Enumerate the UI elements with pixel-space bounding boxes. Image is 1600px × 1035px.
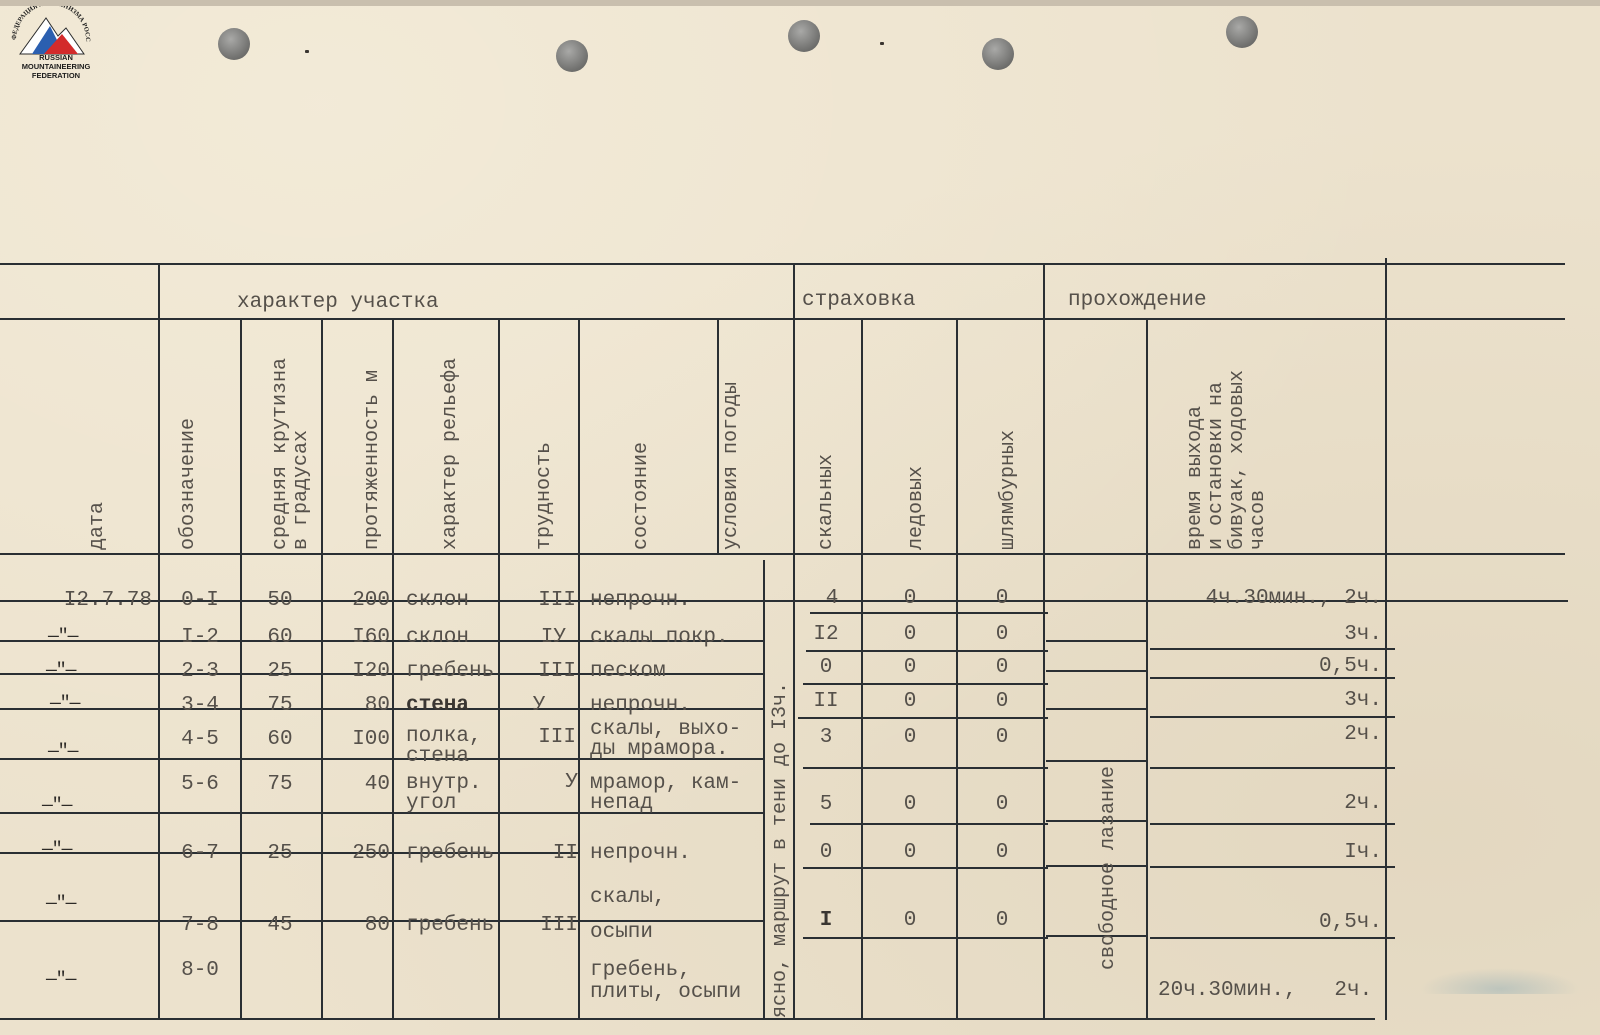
cell-difficulty: У [500,772,578,794]
weather-note: ясно, маршрут в тени до I3ч. [770,682,791,1018]
cell-belay-ice: 0 [870,910,950,932]
cell-condition: непрочн. [590,695,691,717]
paper-speck [305,50,309,53]
cell-designation: 4-5 [160,729,240,751]
cell-belay-rock: 3 [800,727,852,749]
row-rule [1046,640,1146,642]
cell-time: 0,5ч. [1150,656,1382,678]
cell-relief: полка, стена [406,727,482,767]
row-rule [1150,866,1395,868]
cell-condition: мрамор, кам- непад [590,774,741,814]
cell-steepness: 75 [244,774,316,796]
cell-belay-ice: 0 [870,588,950,610]
cell-condition: скалы, осыпи [590,880,666,950]
col-rule [321,318,323,1020]
cell-date-ditto: —"— [42,840,71,860]
col-rule [861,318,863,1020]
cell-designation: 0-I [160,590,240,612]
row-rule [1150,937,1395,939]
scan-edge [0,0,1600,6]
cell-relief: склон [406,590,469,612]
col-header-date: дата [87,502,108,550]
cell-designation: 8-0 [160,960,240,982]
cell-designation: 2-3 [160,661,240,683]
cell-difficulty: IУ [500,627,566,649]
col-header-designation: обозначение [178,418,199,550]
cell-difficulty: III [500,661,576,683]
cell-belay-ice: 0 [870,624,950,646]
col-header-condition: состояние [631,442,652,550]
table-top-rule [0,263,1565,265]
cell-belay-ice: 0 [870,691,950,713]
col-header-difficulty: трудность [534,442,555,550]
cell-date-ditto: —"— [42,796,71,816]
cell-relief: склон [406,627,469,649]
col-rule [1385,258,1387,1020]
ink-stain [1420,968,1580,994]
punch-hole [556,40,588,72]
cell-time: 3ч. [1150,690,1382,712]
rmf-logo: ФЕДЕРАЦИЯ АЛЬПИНИЗМА РОССИИ RUSSIAN MOUN… [6,6,96,84]
passage-method-note: свободное лазание [1098,766,1119,970]
cell-time: 0,5ч. [1150,912,1382,934]
cell-length: I60 [324,627,390,649]
cell-relief: стена [406,695,469,717]
cell-time: 2ч. [1150,793,1382,815]
cell-belay-rock: II [800,691,852,713]
cell-condition: скалы покр. [590,627,729,649]
cell-date-ditto: —"— [46,970,75,990]
col-rule [578,318,580,1020]
row-rule [1150,767,1395,769]
paper-speck [880,42,884,45]
cell-time: 20ч.30мин., 2ч. [1158,980,1372,1002]
cell-belay-bolts: 0 [962,794,1042,816]
row-rule [803,767,1048,769]
cell-relief: внутр. угол [406,774,482,814]
cell-date-ditto: —"— [48,742,77,762]
cell-designation: 3-4 [160,695,240,717]
row-rule [803,867,1048,869]
cell-time: 3ч. [1150,624,1382,646]
cell-length: I00 [324,729,390,751]
row-rule [806,650,1048,652]
col-header-weather: условия погоды [721,382,742,550]
col-rule [763,560,765,1020]
row-rule [1150,648,1395,650]
cell-time: 2ч. [1150,724,1382,746]
row-rule [1046,708,1146,710]
cell-difficulty: III [500,590,576,612]
cell-length: I20 [324,661,390,683]
cell-belay-bolts: 0 [962,691,1042,713]
row-rule [803,683,1048,685]
cell-date-ditto: —"— [50,694,79,714]
header-group-rule [0,318,1565,320]
cell-belay-bolts: 0 [962,657,1042,679]
cell-belay-rock: I2 [800,624,852,646]
cell-belay-rock: 0 [800,657,852,679]
cell-belay-bolts: 0 [962,910,1042,932]
cell-belay-bolts: 0 [962,727,1042,749]
cell-relief: гребень [406,843,494,865]
punch-hole [1226,16,1258,48]
cell-condition: гребень, плиты, осыпи [590,960,741,1004]
row-rule [1150,823,1395,825]
cell-steepness: 45 [244,915,316,937]
cell-condition: скалы, выхо- ды мрамора. [590,720,741,760]
cell-difficulty: III [500,727,576,749]
col-header-relief: характер рельефа [440,358,461,550]
logo-line-2: MOUNTAINEERING [6,63,106,71]
logo-line-3: FEDERATION [6,72,106,80]
cell-designation: 5-6 [160,774,240,796]
group-header-belay: страховка [802,290,915,312]
cell-steepness: 75 [244,695,316,717]
cell-steepness: 50 [244,590,316,612]
cell-belay-rock: 5 [800,794,852,816]
row-rule [1150,716,1395,718]
cell-length: 40 [324,774,390,796]
col-header-ice: ледовых [906,466,927,550]
punch-hole [982,38,1014,70]
cell-length: 80 [324,915,390,937]
cell-belay-rock: 0 [800,842,852,864]
cell-condition: непрочн. [590,843,691,865]
cell-belay-ice: 0 [870,842,950,864]
row-rule [798,717,1048,719]
col-header-time: время выхода и остановки на бивуак, ходо… [1185,370,1269,550]
logo-line-1: RUSSIAN [6,54,106,62]
cell-belay-bolts: 0 [962,588,1042,610]
col-rule [956,318,958,1020]
cell-time: 4ч.30мин., 2ч. [1150,588,1382,610]
cell-relief: гребень [406,661,494,683]
cell-designation: I-2 [160,627,240,649]
row-rule [810,612,1048,614]
col-rule [1043,263,1045,1020]
row-rule [810,823,1048,825]
cell-length: 200 [324,590,390,612]
col-header-rock: скальных [816,454,837,550]
cell-condition: песком [590,661,666,683]
col-header-length: протяженность м [362,370,383,550]
cell-steepness: 60 [244,729,316,751]
group-header-segment-character: характер участка [237,292,439,314]
cell-belay-rock: I [800,910,852,932]
cell-difficulty: III [500,915,578,937]
punch-hole [788,20,820,52]
cell-difficulty: II [500,843,578,865]
col-rule [717,318,719,555]
cell-designation: 7-8 [160,915,240,937]
cell-steepness: 60 [244,627,316,649]
col-rule [1146,318,1148,1020]
cell-belay-ice: 0 [870,794,950,816]
cell-belay-bolts: 0 [962,842,1042,864]
row-rule [1046,760,1146,762]
cell-belay-ice: 0 [870,657,950,679]
cell-time: Iч. [1150,842,1382,864]
cell-date: I2.7.78 [40,590,152,612]
col-rule [392,318,394,1020]
cell-steepness: 25 [244,661,316,683]
row-rule [803,937,1048,939]
cell-steepness: 25 [244,843,316,865]
cell-difficulty: У [500,695,578,717]
cell-date-ditto: —"— [46,661,75,681]
cell-condition: непрочн. [590,590,691,612]
row-rule [1046,865,1146,867]
col-rule [793,263,795,1020]
punch-hole [218,28,250,60]
row-rule [1046,935,1146,937]
cell-belay-ice: 0 [870,727,950,749]
row-rule [1046,820,1146,822]
col-header-steepness: средняя крутизна в градусах [270,358,312,550]
cell-belay-rock: 4 [806,588,858,610]
row-rule [1046,670,1146,672]
cell-length: 80 [324,695,390,717]
col-rule [240,318,242,1020]
table-bottom-rule [0,1018,1375,1020]
col-header-bolts: шлямбурных [998,430,1019,550]
cell-belay-bolts: 0 [962,624,1042,646]
cell-date-ditto: —"— [46,894,75,914]
cell-designation: 6-7 [160,843,240,865]
header-bottom-rule [0,553,1565,555]
cell-date-ditto: —"— [48,627,77,647]
group-header-passage: прохождение [1068,290,1207,312]
cell-relief: гребень [406,915,494,937]
cell-length: 250 [324,843,390,865]
